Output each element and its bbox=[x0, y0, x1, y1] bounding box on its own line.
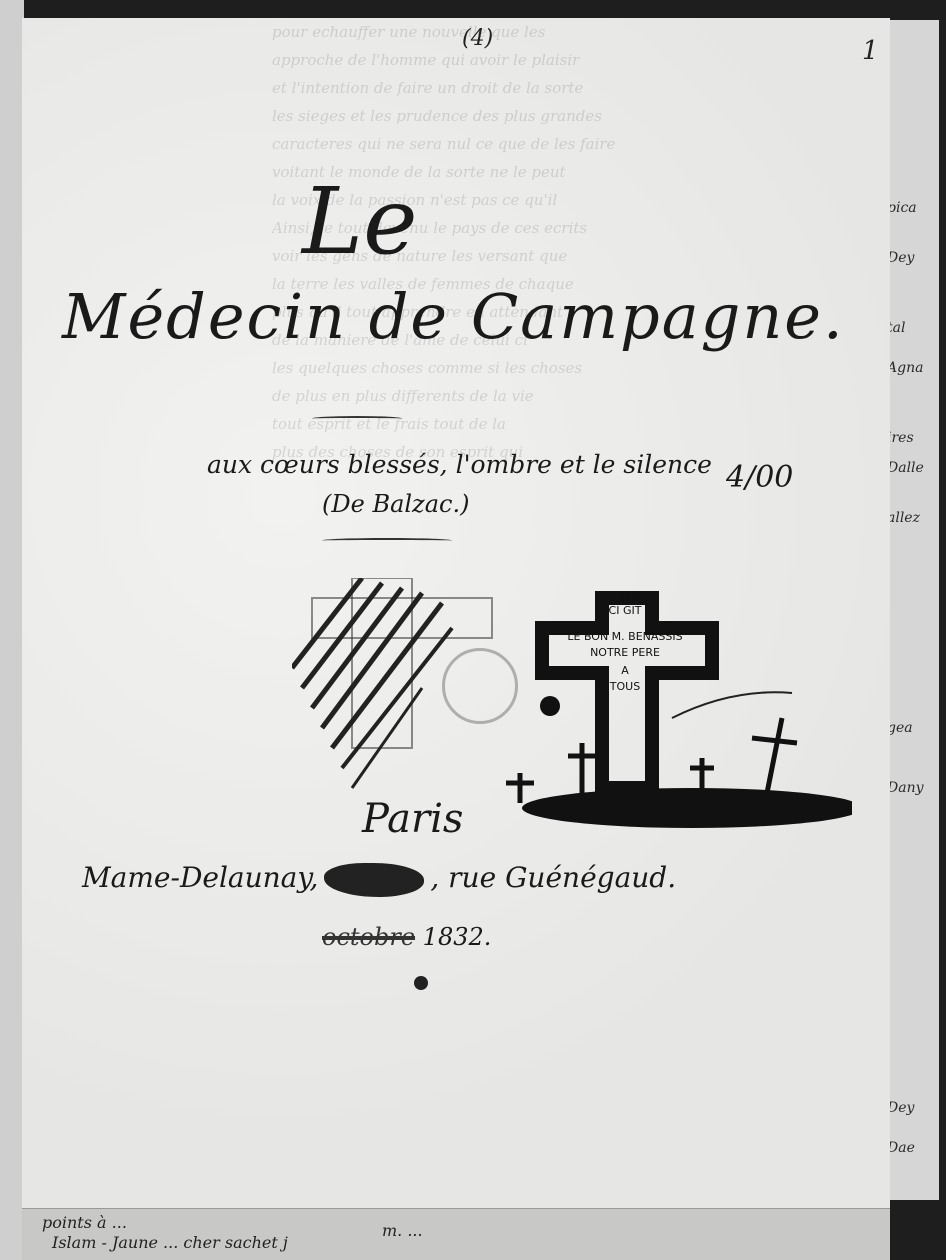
publisher-line: Mame-Delaunay,, rue Guénégaud. bbox=[82, 861, 676, 897]
svg-text:NOTRE PERE: NOTRE PERE bbox=[590, 646, 660, 659]
struck-month: octobre bbox=[322, 923, 415, 951]
ink-blot bbox=[324, 863, 424, 897]
title-main: Médecin de Campagne. bbox=[62, 280, 845, 353]
strip-text: points à ... bbox=[42, 1213, 127, 1232]
svg-text:CI GIT: CI GIT bbox=[609, 604, 642, 617]
strip-text: Islam - Jaune ... cher sachet j bbox=[52, 1233, 288, 1252]
price-note: 4/00 bbox=[726, 460, 793, 495]
cross-sketch-drawing: D.O.M CI GIT LE BON M. BENASSIS NOTRE PE… bbox=[292, 578, 852, 828]
binding-edge bbox=[0, 0, 24, 1260]
margin-fragment: Dany bbox=[887, 780, 924, 796]
author-attribution: (De Balzac.) bbox=[322, 490, 469, 518]
svg-text:A: A bbox=[621, 664, 629, 677]
main-cross bbox=[542, 598, 712, 788]
decorative-squiggle bbox=[322, 538, 452, 543]
epigraph: aux cœurs blessés, l'ombre et le silence bbox=[207, 450, 712, 479]
place-of-publication: Paris bbox=[362, 796, 463, 842]
svg-text:TOUS: TOUS bbox=[609, 680, 640, 693]
crossed-out-cross bbox=[292, 578, 492, 788]
svg-text:LE BON M. BENASSIS: LE BON M. BENASSIS bbox=[567, 630, 682, 643]
publication-date: octobre 1832. bbox=[322, 923, 491, 951]
svg-text:D.O.M: D.O.M bbox=[608, 590, 641, 603]
folio-number: 1 bbox=[862, 36, 879, 66]
margin-fragment: Agna bbox=[887, 360, 923, 376]
manuscript-page: pour echauffer une nouvelle que les appr… bbox=[22, 18, 890, 1208]
strip-text: m. ... bbox=[382, 1221, 423, 1240]
title-article: Le bbox=[302, 168, 418, 275]
publication-year: 1832. bbox=[423, 923, 492, 951]
decorative-squiggle bbox=[312, 416, 402, 421]
bottom-paper-strip: points à ... Islam - Jaune ... cher sach… bbox=[22, 1208, 890, 1260]
ink-mark bbox=[414, 976, 428, 990]
publisher-name: Mame-Delaunay, bbox=[82, 861, 318, 894]
margin-fragment: Dalle bbox=[887, 460, 924, 476]
publisher-address: , rue Guénégaud. bbox=[430, 861, 676, 894]
folio-top-mark: (4) bbox=[462, 26, 493, 51]
